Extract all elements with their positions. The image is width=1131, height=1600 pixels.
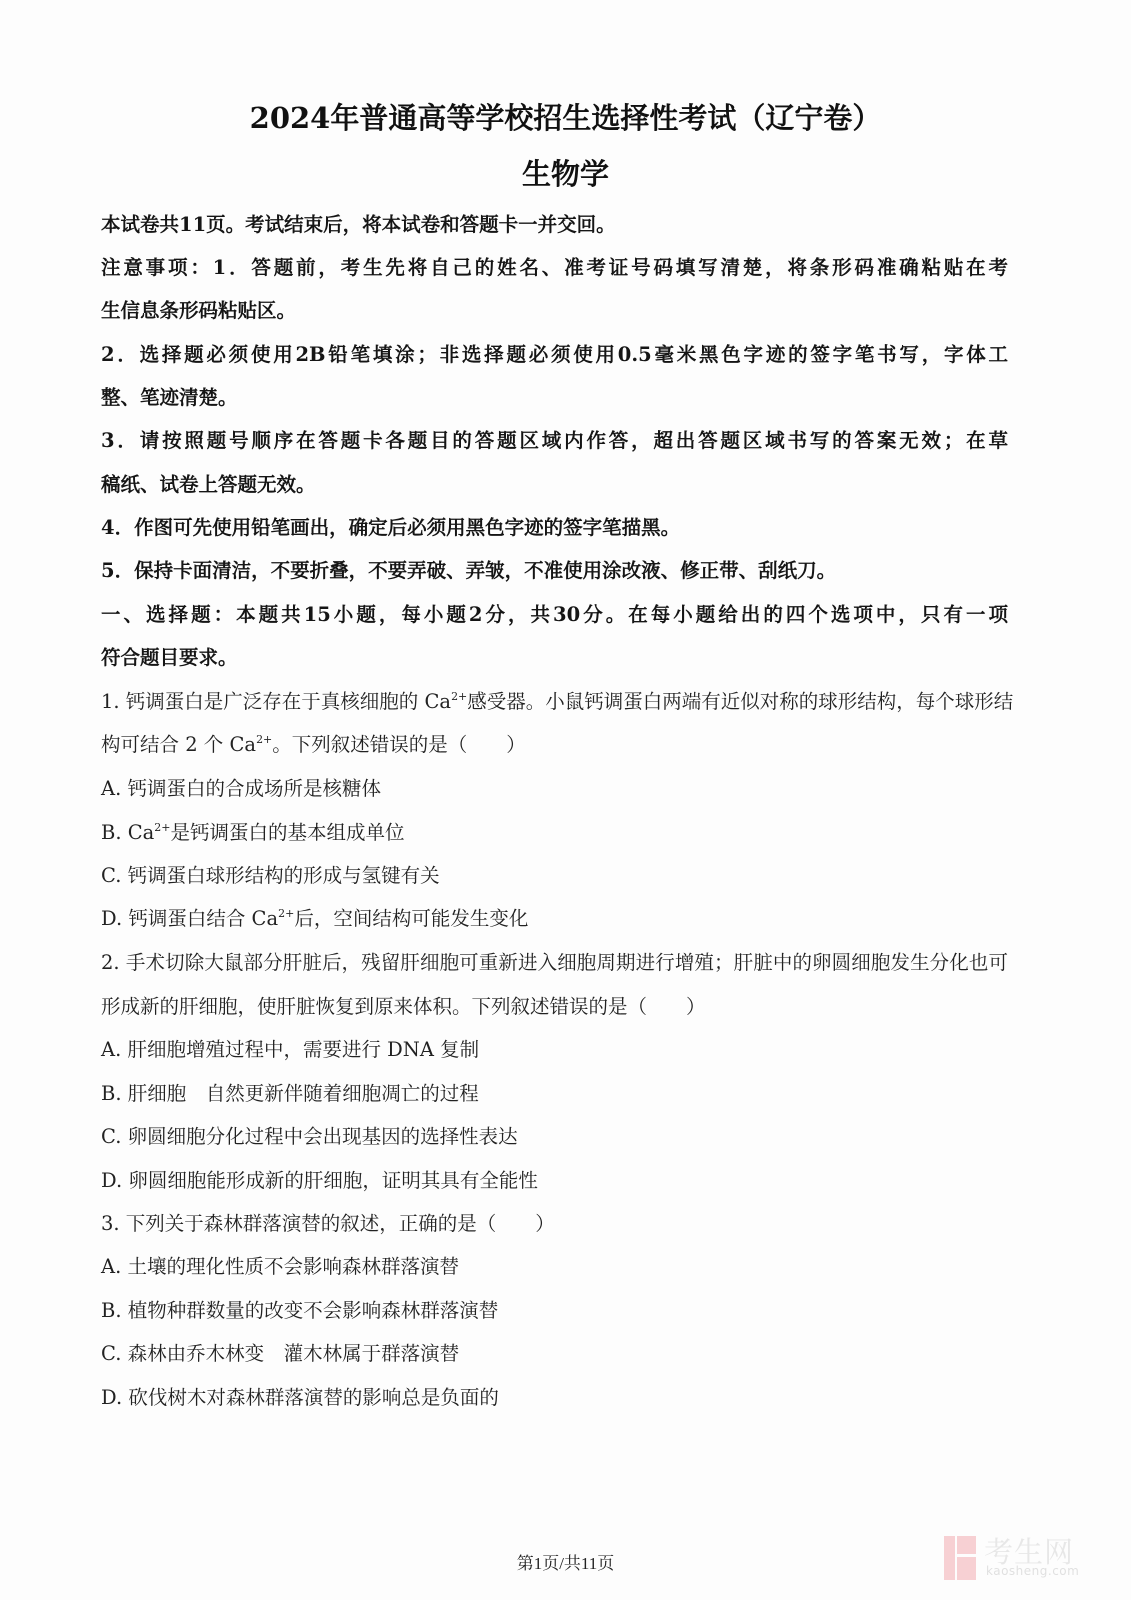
question-3-option-c: C. 森林由乔木林变 灌木林属于群落演替 (101, 1341, 459, 1367)
question-2-option-b: B. 肝细胞 自然更新伴随着细胞凋亡的过程 (101, 1081, 479, 1107)
watermark-brand-en: kaosheng.com (986, 1564, 1079, 1578)
question-1-option-d: D. 钙调蛋白结合 Ca2+后，空间结构可能发生变化 (101, 906, 528, 932)
question-3-option-a: A. 土壤的理化性质不会影响森林群落演替 (101, 1254, 459, 1280)
document-page: 2024年普通高等学校招生选择性考试（辽宁卷） 生物学 本试卷共11页。考试结束… (0, 0, 1131, 1600)
section-heading-line-2: 符合题目要求。 (101, 645, 238, 671)
notes-line-5: 3．请按照题号顺序在答题卡各题目的答题区域内作答，超出答题区域书写的答案无效；在… (101, 428, 1008, 454)
question-3-stem: 3. 下列关于森林群落演替的叙述，正确的是（ ） (101, 1211, 555, 1237)
question-2-option-c: C. 卵圆细胞分化过程中会出现基因的选择性表达 (101, 1124, 518, 1150)
notes-line-6: 稿纸、试卷上答题无效。 (101, 472, 316, 498)
notes-line-8: 5．保持卡面清洁，不要折叠，不要弄破、弄皱，不准使用涂改液、修正带、刮纸刀。 (101, 558, 836, 584)
notes-line-7: 4．作图可先使用铅笔画出，确定后必须用黑色字迹的签字笔描黑。 (101, 515, 680, 541)
question-1-stem-line-2: 构可结合 2 个 Ca2+。下列叙述错误的是（ ） (101, 732, 526, 758)
question-1-option-a: A. 钙调蛋白的合成场所是核糖体 (101, 776, 381, 802)
question-1-option-c: C. 钙调蛋白球形结构的形成与氢键有关 (101, 863, 440, 889)
question-1-stem-line-1: 1. 钙调蛋白是广泛存在于真核细胞的 Ca2+感受器。小鼠钙调蛋白两端有近似对称… (101, 689, 1008, 715)
notes-line-2: 生信息条形码粘贴区。 (101, 298, 296, 324)
question-2-option-a: A. 肝细胞增殖过程中，需要进行 DNA 复制 (101, 1037, 479, 1063)
notes-line-1: 注意事项：1．答题前，考生先将自己的姓名、准考证号码填写清楚，将条形码准确粘贴在… (101, 255, 1008, 281)
watermark-logo: 考生网 kaosheng.com (944, 1530, 1124, 1590)
notes-line-4: 整、笔迹清楚。 (101, 385, 238, 411)
question-3-option-b: B. 植物种群数量的改变不会影响森林群落演替 (101, 1298, 498, 1324)
question-2-stem-line-2: 形成新的肝细胞，使肝脏恢复到原来体积。下列叙述错误的是（ ） (101, 994, 706, 1020)
subject-title: 生物学 (0, 152, 1131, 193)
notes-line-3: 2．选择题必须使用2B铅笔填涂；非选择题必须使用0.5毫米黑色字迹的签字笔书写，… (101, 342, 1008, 368)
section-heading-line-1: 一、选择题：本题共15小题，每小题2分，共30分。在每小题给出的四个选项中，只有… (101, 602, 1008, 628)
question-2-option-d: D. 卵圆细胞能形成新的肝细胞，证明其具有全能性 (101, 1168, 538, 1194)
exam-title: 2024年普通高等学校招生选择性考试（辽宁卷） (0, 96, 1131, 137)
question-2-stem-line-1: 2. 手术切除大鼠部分肝脏后，残留肝细胞可重新进入细胞周期进行增殖；肝脏中的卵圆… (101, 950, 1008, 976)
intro-line: 本试卷共11页。考试结束后，将本试卷和答题卡一并交回。 (101, 212, 616, 238)
question-1-option-b: B. Ca2+是钙调蛋白的基本组成单位 (101, 820, 405, 846)
brand-mark-icon (944, 1536, 976, 1580)
question-3-option-d: D. 砍伐树木对森林群落演替的影响总是负面的 (101, 1385, 499, 1411)
